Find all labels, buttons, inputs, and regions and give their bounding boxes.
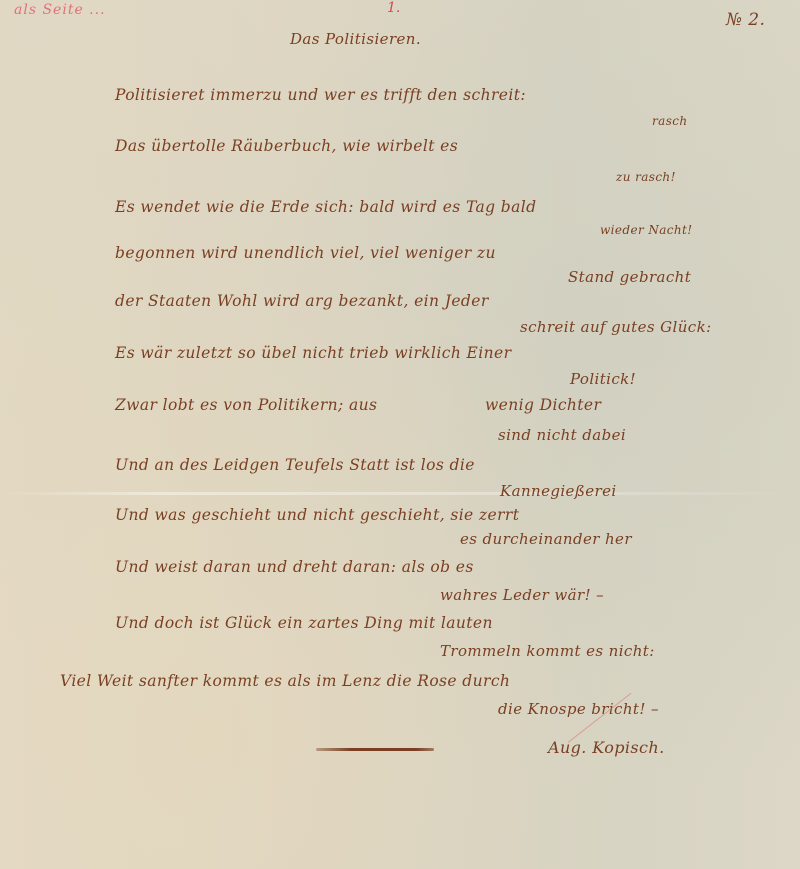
poem-title: Das Politisieren. [290,30,421,48]
line-continuation: Kannegießerei [500,482,617,500]
closing-flourish-rule [316,748,434,751]
poem-line: Und weist daran und dreht daran: als ob … [115,558,474,576]
poem-line: Es wär zuletzt so übel nicht trieb wirkl… [115,344,511,362]
line-continuation: schreit auf gutes Glück: [520,318,712,336]
interlinear-correction: wieder Nacht! [600,223,693,237]
line-continuation: es durcheinander her [460,530,632,548]
page-number: № 2. [726,10,765,30]
folio-mark: 1. [387,0,400,16]
author-signature: Aug. Kopisch. [548,738,665,757]
poem-line: Und doch ist Glück ein zartes Ding mit l… [115,614,493,632]
poem-line: Es wendet wie die Erde sich: bald wird e… [115,198,536,216]
line-continuation: sind nicht dabei [498,426,626,444]
interlinear-correction: zu rasch! [616,170,676,184]
interlinear-correction: rasch [652,114,688,128]
poem-line: der Staaten Wohl wird arg bezankt, ein J… [115,292,489,310]
poem-line: Zwar lobt es von Politikern; aus [115,396,377,414]
line-continuation: Stand gebracht [568,268,691,286]
line-continuation: die Knospe bricht! – [498,700,659,718]
red-margin-note: als Seite ... [14,2,106,18]
poem-line-tail: wenig Dichter [485,396,601,414]
poem-line: Und was geschieht und nicht geschieht, s… [115,506,519,524]
line-continuation: Politick! [570,370,636,388]
poem-line: Das übertolle Räuberbuch, wie wirbelt es [115,137,458,155]
poem-line: Viel Weit sanfter kommt es als im Lenz d… [60,672,510,690]
poem-line: Und an des Leidgen Teufels Statt ist los… [115,456,475,474]
paper-fold-crease [0,492,800,495]
poem-line: begonnen wird unendlich viel, viel wenig… [115,244,496,262]
line-continuation: Trommeln kommt es nicht: [440,642,655,660]
poem-line: Politisieret immerzu und wer es trifft d… [115,86,526,104]
line-continuation: wahres Leder wär! – [440,586,604,604]
manuscript-page: als Seite ... 1. № 2. Das Politisieren. … [0,0,800,869]
